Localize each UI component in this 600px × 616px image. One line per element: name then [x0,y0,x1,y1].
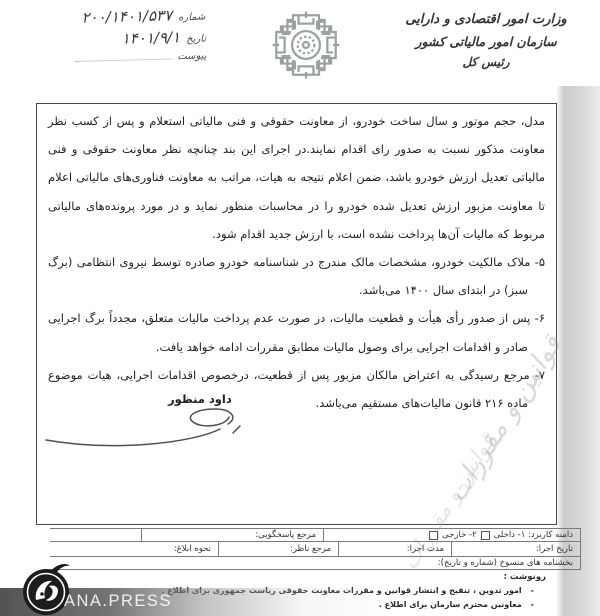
reference-number-row: شماره ۲۰۰/۱۴۰۱/۵۳۷ [15,6,205,29]
reference-number-value: ۲۰۰/۱۴۰۱/۵۳۷ [81,6,172,26]
press-name-label: ANA.PRESS [64,592,172,611]
organization-name: سازمان امور مالیاتی کشور [386,34,586,49]
signature-stroke-icon [42,402,242,460]
response-authority-cell: مرجع پاسخگویی: [141,529,323,541]
cc-item-marker: - [531,586,534,595]
signer-role: رئیس کل [386,55,586,69]
attachment-label: پیوست [177,51,206,63]
scope-option-foreign: ۲- خارجی [442,530,477,540]
empty-cell [50,529,141,541]
list-item-6: ۶- پس از صدور رأی هیأت و قطعیت مالیات، د… [48,304,545,360]
attachment-row: پیوست [16,50,206,67]
notification-cell: نحوه ابلاغ: [50,542,218,556]
item-number: ۷- [535,368,545,382]
repealed-circulars-label: بخشنامه های منسوخ (شماره و تاریخ): [438,558,573,568]
circular-footer-table: دامنه کاربرد: ۱- داخلی ۲- خارجی مرجع پاس… [50,528,581,570]
letter-paragraph: مدل، حجم موتور و سال ساخت خودرو، از معاو… [48,107,545,248]
list-item-5: ۵- ملاک مالکیت خودرو، مشخصات مالک مندرج … [48,248,545,304]
letter-body-box: مدل، حجم موتور و سال ساخت خودرو، از معاو… [36,103,557,525]
table-row-repealed: بخشنامه های منسوخ (شماره و تاریخ): [50,556,581,570]
item-number: ۵- [535,255,545,269]
supervisor-label: مرجع ناظر: [290,544,331,554]
table-row-execution: تاریخ اجرا: مدت اجرا: مرجع ناظر: نحوه اب… [50,541,581,556]
scope-cell: دامنه کاربرد: ۱- داخلی ۲- خارجی [323,529,581,541]
letter-reference-block: شماره ۲۰۰/۱۴۰۱/۵۳۷ تاریخ ۱۴۰۱/۹/۱ پیوست [15,6,207,71]
reference-number-label: شماره [178,12,206,24]
cc-label: رونوشت : [58,572,548,582]
execution-date-label: تاریخ اجرا: [536,544,573,554]
item-number: ۶- [535,311,545,325]
letter-date-label: تاریخ [186,34,206,46]
letter-date-row: تاریخ ۱۴۰۱/۹/۱ [16,28,206,51]
cc-item-marker: - [531,600,534,609]
table-row-scope: دامنه کاربرد: ۱- داخلی ۲- خارجی مرجع پاس… [50,528,581,541]
tax-administration-emblem-icon [259,6,353,84]
letter-date-value: ۱۴۰۱/۹/۱ [121,28,180,48]
duration-label: مدت اجرا: [407,544,444,554]
scanned-letter-page: شماره ۲۰۰/۱۴۰۱/۵۳۷ تاریخ ۱۴۰۱/۹/۱ پیوست [0,0,600,616]
repealed-circulars-cell: بخشنامه های منسوخ (شماره و تاریخ): [50,557,581,569]
response-authority-label: مرجع پاسخگویی: [255,530,316,540]
item-text: پس از صدور رأی هیأت و قطعیت مالیات، در ص… [48,311,530,353]
notification-label: نحوه ابلاغ: [174,544,211,554]
checkbox-domestic-icon [481,531,490,540]
scope-label: دامنه کاربرد: ۱- داخلی [494,530,573,540]
attachment-dotted-line [75,50,171,62]
organization-header: وزارت امور اقتصادی و دارایی سازمان امور … [386,12,586,69]
supervisor-cell: مرجع ناظر: [218,542,338,556]
execution-date-cell: تاریخ اجرا: [451,542,581,556]
duration-cell: مدت اجرا: [338,542,451,556]
cc-item-text: معاونین محترم سازمان برای اطلاع . [379,600,522,609]
ministry-name: وزارت امور اقتصادی و دارایی [386,12,586,27]
checkbox-foreign-icon [429,531,438,540]
item-text: ملاک مالکیت خودرو، مشخصات مالک مندرج در … [48,255,530,297]
